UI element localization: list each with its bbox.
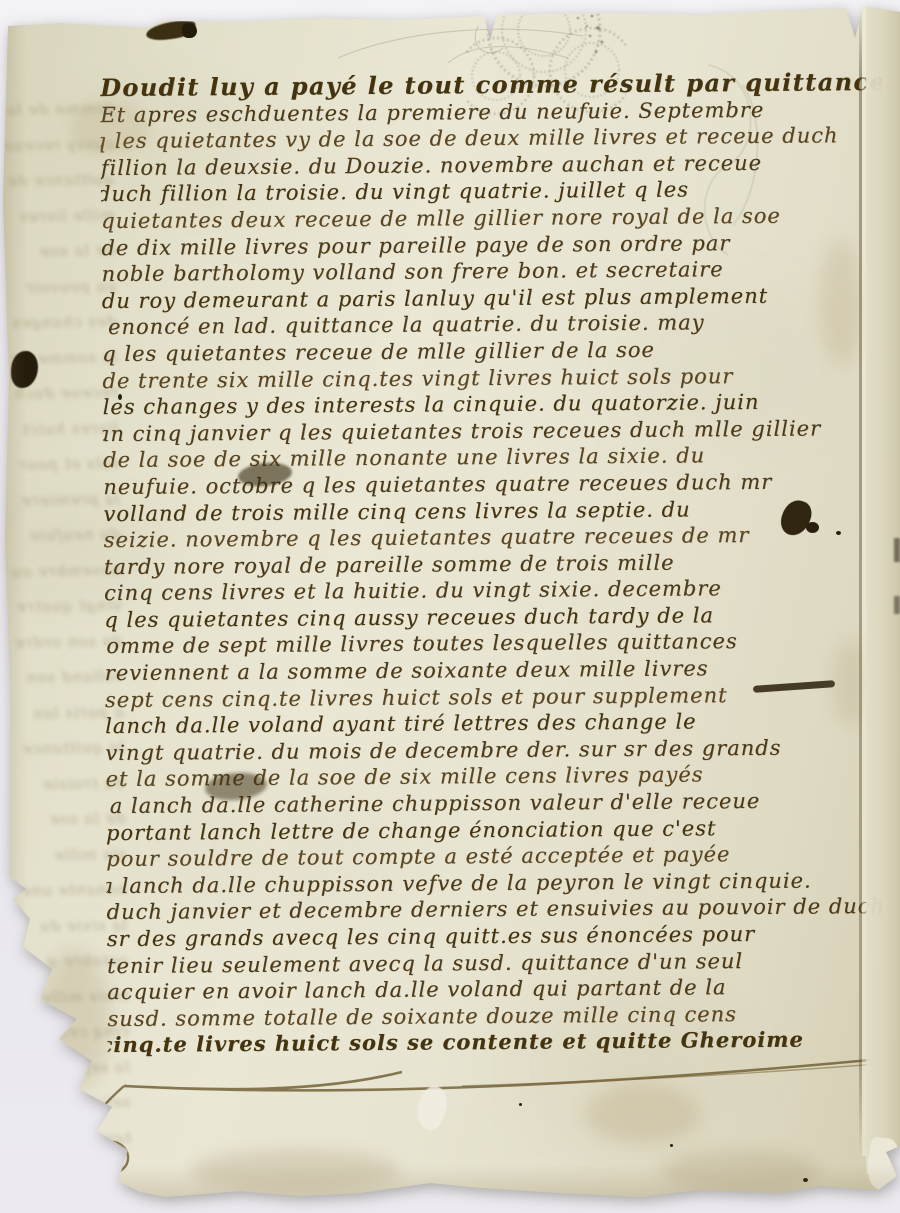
edge-darkening	[0, 0, 900, 1213]
manuscript-photo: somme de la aussy receue quittance de mi…	[0, 0, 900, 1213]
paper-shadow: somme de la aussy receue quittance de mi…	[0, 0, 900, 1213]
paper-crack	[44, 1061, 80, 1107]
manuscript-paper: somme de la aussy receue quittance de mi…	[0, 0, 900, 1213]
